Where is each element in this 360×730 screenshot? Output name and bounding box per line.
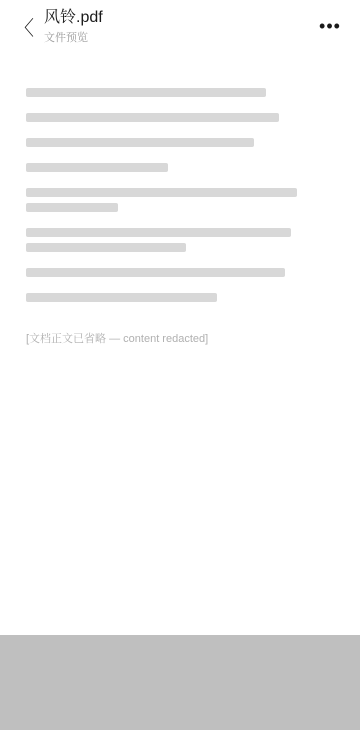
redacted-paragraph [26,113,334,122]
redacted-paragraph [26,163,334,172]
title-block: 风铃.pdf 文件预览 [44,8,312,45]
page-end-band [0,635,360,730]
redacted-paragraph [26,228,334,252]
pdf-preview-area[interactable]: [文档正文已省略 — content redacted] [0,52,360,730]
redacted-content [26,88,334,302]
redaction-note: [文档正文已省略 — content redacted] [26,330,334,346]
redacted-paragraph [26,188,334,212]
more-options-icon[interactable]: ••• [312,11,348,43]
preview-label: 文件预览 [44,29,312,45]
document-title: 风铃.pdf [44,8,312,28]
redacted-paragraph [26,293,334,302]
redacted-paragraph [26,88,334,97]
back-icon[interactable]: 〈 [8,11,40,43]
pdf-page: [文档正文已省略 — content redacted] [0,52,360,382]
redacted-paragraph [26,138,334,147]
preview-header: 〈 风铃.pdf 文件预览 ••• [0,0,360,55]
redacted-paragraph [26,268,334,277]
